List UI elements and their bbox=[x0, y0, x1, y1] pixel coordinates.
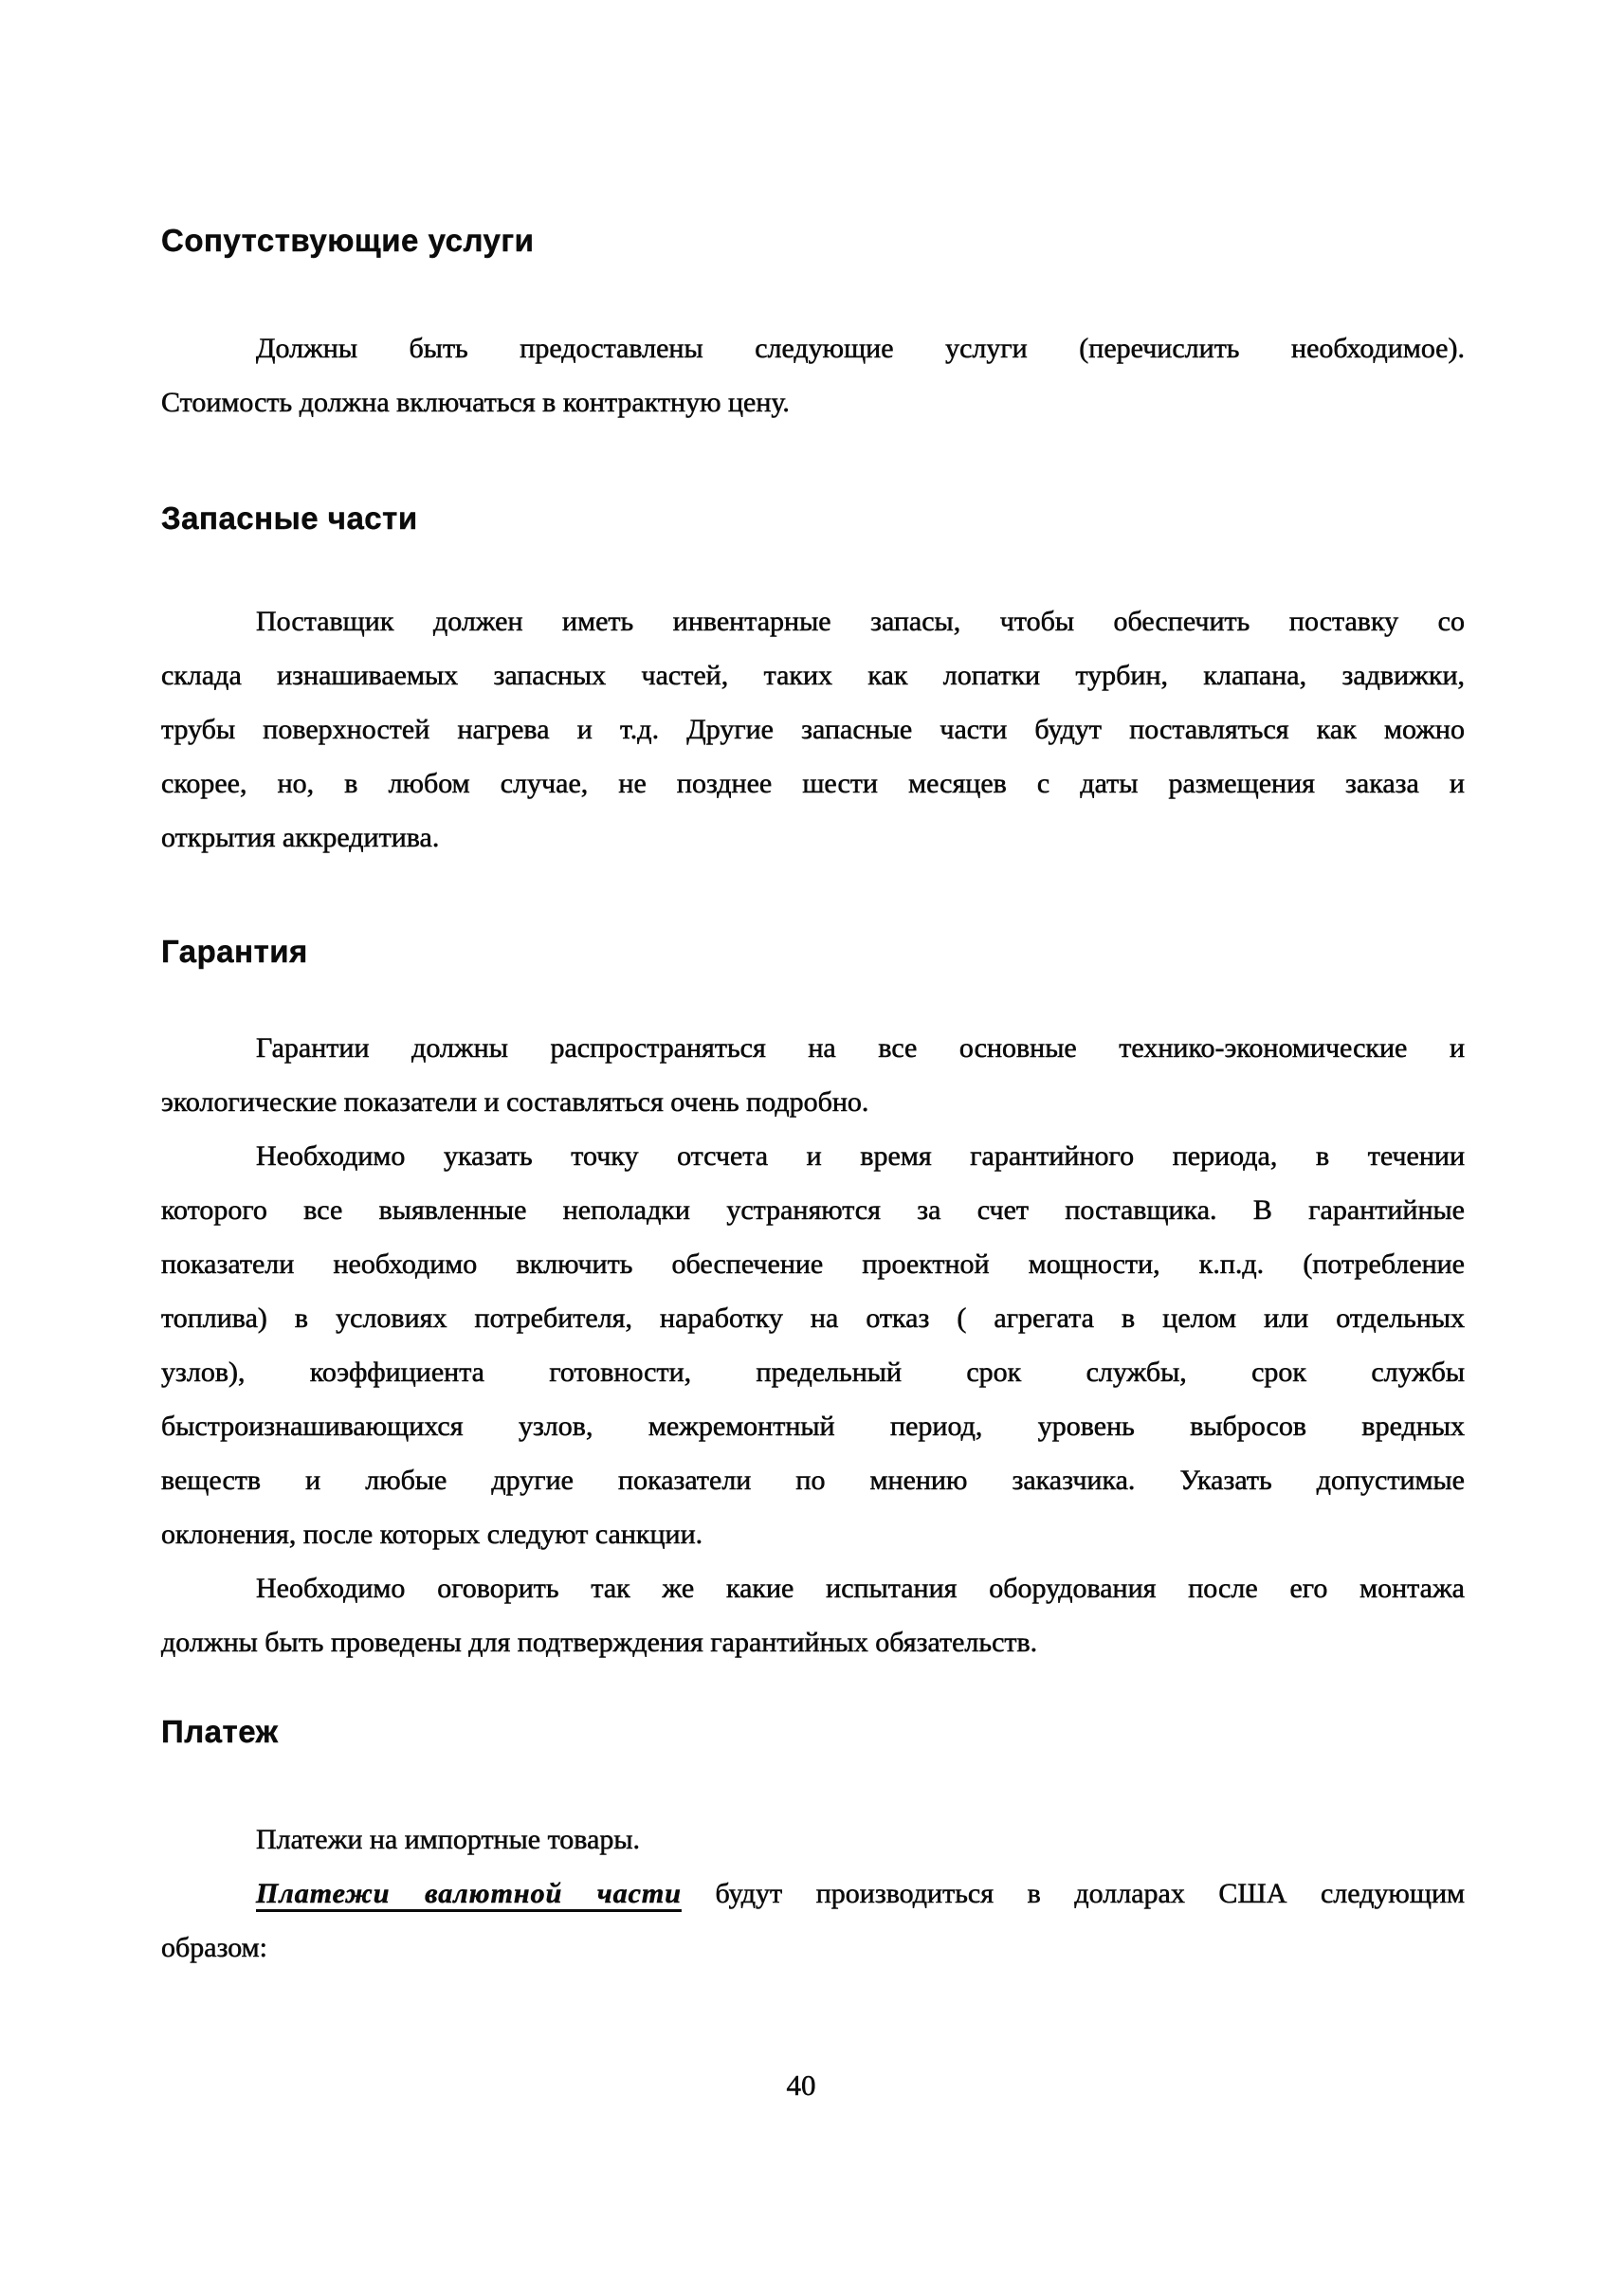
text-line: образом: bbox=[161, 1921, 1465, 1975]
section-body: Поставщик должен иметь инвентарные запас… bbox=[161, 594, 1465, 865]
text-line: топлива) в условиях потребителя, наработ… bbox=[161, 1291, 1465, 1345]
section-related-services: Сопутствующие услуги Должны быть предост… bbox=[161, 222, 1465, 429]
text-line: Гарантии должны распространяться на все … bbox=[161, 1021, 1465, 1075]
section-payment: Платеж Платежи на импортные товары. Плат… bbox=[161, 1713, 1465, 1975]
section-spare-parts: Запасные части Поставщик должен иметь ин… bbox=[161, 500, 1465, 865]
text-line: оклонения, после которых следуют санкции… bbox=[161, 1507, 1465, 1561]
underlined-phrase: Платежи валютной части bbox=[256, 1878, 682, 1909]
section-warranty: Гарантия Гарантии должны распространятьс… bbox=[161, 933, 1465, 1669]
text-line: узлов), коэффициента готовности, предель… bbox=[161, 1345, 1465, 1399]
text-line: которого все выявленные неполадки устран… bbox=[161, 1183, 1465, 1237]
text-line: должны быть проведены для подтверждения … bbox=[161, 1615, 1465, 1669]
text-line: Стоимость должна включаться в контрактну… bbox=[161, 375, 1465, 429]
text-line: открытия аккредитива. bbox=[161, 811, 1465, 865]
text-line: склада изнашиваемых запасных частей, так… bbox=[161, 648, 1465, 702]
section-heading-spare-parts: Запасные части bbox=[161, 500, 1465, 537]
scanned-document-page: Сопутствующие услуги Должны быть предост… bbox=[0, 0, 1624, 2295]
text-line: Поставщик должен иметь инвентарные запас… bbox=[161, 594, 1465, 648]
text-line: экологические показатели и составляться … bbox=[161, 1075, 1465, 1129]
text-line: скорее, но, в любом случае, не позднее ш… bbox=[161, 756, 1465, 811]
section-body: Платежи на импортные товары. Платежи вал… bbox=[161, 1812, 1465, 1975]
section-heading-payment: Платеж bbox=[161, 1713, 1465, 1751]
text-line: веществ и любые другие показатели по мне… bbox=[161, 1453, 1465, 1507]
section-heading-warranty: Гарантия bbox=[161, 933, 1465, 971]
text-line: трубы поверхностей нагрева и т.д. Другие… bbox=[161, 702, 1465, 756]
text-line: Должны быть предоставлены следующие услу… bbox=[161, 321, 1465, 375]
text-line: быстроизнашивающихся узлов, межремонтный… bbox=[161, 1399, 1465, 1453]
section-body: Должны быть предоставлены следующие услу… bbox=[161, 321, 1465, 429]
text-line-payment-currency: Платежи валютной части будут производить… bbox=[161, 1867, 1465, 1921]
page-number: 40 bbox=[0, 2067, 1602, 2104]
text-line: показатели необходимо включить обеспечен… bbox=[161, 1237, 1465, 1291]
section-body: Гарантии должны распространяться на все … bbox=[161, 1021, 1465, 1669]
text-line: Необходимо указать точку отсчета и время… bbox=[161, 1129, 1465, 1183]
section-heading-related-services: Сопутствующие услуги bbox=[161, 222, 1465, 260]
sentence-remainder: будут производиться в долларах США следу… bbox=[682, 1878, 1465, 1909]
text-line: Платежи на импортные товары. bbox=[161, 1812, 1465, 1867]
text-line: Необходимо оговорить так же какие испыта… bbox=[161, 1561, 1465, 1615]
